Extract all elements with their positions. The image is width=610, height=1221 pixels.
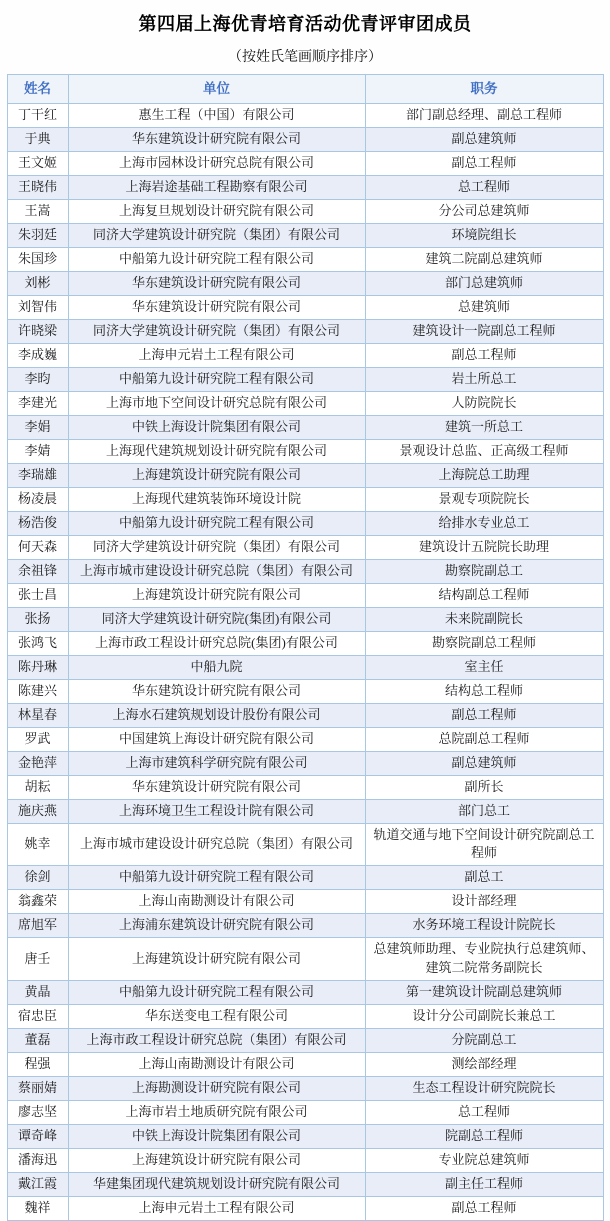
member-organization-cell: 同济大学建筑设计研究院（集团）有限公司 [68, 319, 365, 343]
table-row: 陈建兴华东建筑设计研究院有限公司结构总工程师 [7, 679, 603, 703]
member-name-cell: 于典 [7, 127, 68, 151]
member-organization-cell: 中船第九设计研究院工程有限公司 [68, 980, 365, 1004]
table-row: 廖志坚上海市岩土地质研究院有限公司总工程师 [7, 1100, 603, 1124]
member-position-cell: 结构总工程师 [365, 679, 603, 703]
member-position-cell: 上海院总工助理 [365, 463, 603, 487]
member-position-cell: 勘察院副总工 [365, 559, 603, 583]
member-position-cell: 总建筑师 [365, 295, 603, 319]
member-position-cell: 岩土所总工 [365, 367, 603, 391]
table-row: 潘海迅上海建筑设计研究院有限公司专业院总建筑师 [7, 1148, 603, 1172]
member-position-cell: 副总工程师 [365, 151, 603, 175]
member-position-cell: 第一建筑设计院副总建筑师 [365, 980, 603, 1004]
member-name-cell: 施庆燕 [7, 799, 68, 823]
member-name-cell: 朱国珍 [7, 247, 68, 271]
member-name-cell: 席旭军 [7, 914, 68, 938]
column-header-organization: 单位 [68, 75, 365, 104]
member-name-cell: 金艳萍 [7, 751, 68, 775]
member-name-cell: 李昀 [7, 367, 68, 391]
member-organization-cell: 上海水石建筑规划设计股份有限公司 [68, 703, 365, 727]
member-name-cell: 刘智伟 [7, 295, 68, 319]
table-row: 李成巍上海申元岩土工程有限公司副总工程师 [7, 343, 603, 367]
member-organization-cell: 上海建筑设计研究院有限公司 [68, 463, 365, 487]
table-row: 谭奇峰中铁上海设计院集团有限公司院副总工程师 [7, 1124, 603, 1148]
table-row: 李昀中船第九设计研究院工程有限公司岩土所总工 [7, 367, 603, 391]
table-row: 施庆燕上海环境卫生工程设计院有限公司部门总工 [7, 799, 603, 823]
member-position-cell: 室主任 [365, 655, 603, 679]
member-organization-cell: 华东送变电工程有限公司 [68, 1004, 365, 1028]
table-row: 王嵩上海复旦规划设计研究院有限公司分公司总建筑师 [7, 199, 603, 223]
member-position-cell: 专业院总建筑师 [365, 1148, 603, 1172]
member-name-cell: 谭奇峰 [7, 1124, 68, 1148]
sort-order-note: （按姓氏笔画顺序排序） [0, 46, 610, 66]
table-row: 许晓梁同济大学建筑设计研究院（集团）有限公司建筑设计一院副总工程师 [7, 319, 603, 343]
member-position-cell: 测绘部经理 [365, 1052, 603, 1076]
table-row: 唐壬上海建筑设计研究院有限公司总建筑师助理、专业院执行总建筑师、建筑二院常务副院… [7, 938, 603, 981]
member-name-cell: 王晓伟 [7, 175, 68, 199]
table-row: 丁干红惠生工程（中国）有限公司部门副总经理、副总工程师 [7, 103, 603, 127]
member-position-cell: 人防院院长 [365, 391, 603, 415]
member-organization-cell: 上海建筑设计研究院有限公司 [68, 1148, 365, 1172]
table-row: 杨浩俊中船第九设计研究院工程有限公司给排水专业总工 [7, 511, 603, 535]
member-name-cell: 李成巍 [7, 343, 68, 367]
member-name-cell: 胡耘 [7, 775, 68, 799]
member-name-cell: 蔡丽婧 [7, 1076, 68, 1100]
member-name-cell: 陈丹琳 [7, 655, 68, 679]
member-organization-cell: 上海现代建筑规划设计研究院有限公司 [68, 439, 365, 463]
member-organization-cell: 上海市城市建设设计研究总院（集团）有限公司 [68, 823, 365, 866]
member-position-cell: 建筑一所总工 [365, 415, 603, 439]
table-row: 李瑞雄上海建筑设计研究院有限公司上海院总工助理 [7, 463, 603, 487]
table-row: 何天森同济大学建筑设计研究院（集团）有限公司建筑设计五院院长助理 [7, 535, 603, 559]
table-row: 李婧上海现代建筑规划设计研究院有限公司景观设计总监、正高级工程师 [7, 439, 603, 463]
member-organization-cell: 上海申元岩土工程有限公司 [68, 1196, 365, 1220]
member-name-cell: 宿忠臣 [7, 1004, 68, 1028]
member-organization-cell: 上海建筑设计研究院有限公司 [68, 583, 365, 607]
member-position-cell: 副总建筑师 [365, 127, 603, 151]
member-organization-cell: 上海市地下空间设计研究总院有限公司 [68, 391, 365, 415]
member-name-cell: 李瑞雄 [7, 463, 68, 487]
table-row: 魏祥上海申元岩土工程有限公司副总工程师 [7, 1196, 603, 1220]
table-row: 宿忠臣华东送变电工程有限公司设计分公司副院长兼总工 [7, 1004, 603, 1028]
member-name-cell: 程强 [7, 1052, 68, 1076]
member-name-cell: 黄晶 [7, 980, 68, 1004]
member-name-cell: 张扬 [7, 607, 68, 631]
member-position-cell: 建筑设计一院副总工程师 [365, 319, 603, 343]
member-organization-cell: 同济大学建筑设计研究院（集团）有限公司 [68, 223, 365, 247]
table-row: 黄晶中船第九设计研究院工程有限公司第一建筑设计院副总建筑师 [7, 980, 603, 1004]
header-row: 姓名 单位 职务 [7, 75, 603, 104]
member-organization-cell: 上海建筑设计研究院有限公司 [68, 938, 365, 981]
member-organization-cell: 华建集团现代建筑规划设计研究院有限公司 [68, 1172, 365, 1196]
member-organization-cell: 中船第九设计研究院工程有限公司 [68, 367, 365, 391]
table-row: 张鸿飞上海市政工程设计研究总院(集团)有限公司勘察院副总工程师 [7, 631, 603, 655]
member-position-cell: 副总工 [365, 866, 603, 890]
table-row: 席旭军上海浦东建筑设计研究院有限公司水务环境工程设计院院长 [7, 914, 603, 938]
member-position-cell: 副主任工程师 [365, 1172, 603, 1196]
table-row: 朱国珍中船第九设计研究院工程有限公司建筑二院副总建筑师 [7, 247, 603, 271]
member-organization-cell: 中船第九设计研究院工程有限公司 [68, 866, 365, 890]
member-organization-cell: 中铁上海设计院集团有限公司 [68, 415, 365, 439]
table-row: 陈丹琳中船九院室主任 [7, 655, 603, 679]
table-row: 张士昌上海建筑设计研究院有限公司结构副总工程师 [7, 583, 603, 607]
table-row: 戴江霞华建集团现代建筑规划设计研究院有限公司副主任工程师 [7, 1172, 603, 1196]
table-row: 王晓伟上海岩途基础工程勘察有限公司总工程师 [7, 175, 603, 199]
table-row: 胡耘华东建筑设计研究院有限公司副所长 [7, 775, 603, 799]
member-organization-cell: 上海勘测设计研究院有限公司 [68, 1076, 365, 1100]
member-position-cell: 景观专项院院长 [365, 487, 603, 511]
table-body: 丁干红惠生工程（中国）有限公司部门副总经理、副总工程师于典华东建筑设计研究院有限… [7, 103, 603, 1220]
table-row: 王文姬上海市园林设计研究总院有限公司副总工程师 [7, 151, 603, 175]
member-organization-cell: 上海市政工程设计研究总院(集团)有限公司 [68, 631, 365, 655]
member-name-cell: 余祖锋 [7, 559, 68, 583]
member-position-cell: 设计部经理 [365, 890, 603, 914]
member-position-cell: 部门总建筑师 [365, 271, 603, 295]
table-row: 李建光上海市地下空间设计研究总院有限公司人防院院长 [7, 391, 603, 415]
member-name-cell: 魏祥 [7, 1196, 68, 1220]
member-position-cell: 景观设计总监、正高级工程师 [365, 439, 603, 463]
member-position-cell: 环境院组长 [365, 223, 603, 247]
table-row: 李娟中铁上海设计院集团有限公司建筑一所总工 [7, 415, 603, 439]
table-row: 徐剑中船第九设计研究院工程有限公司副总工 [7, 866, 603, 890]
member-organization-cell: 华东建筑设计研究院有限公司 [68, 271, 365, 295]
member-name-cell: 王嵩 [7, 199, 68, 223]
member-organization-cell: 同济大学建筑设计研究院（集团）有限公司 [68, 535, 365, 559]
member-position-cell: 总建筑师助理、专业院执行总建筑师、建筑二院常务副院长 [365, 938, 603, 981]
member-name-cell: 刘彬 [7, 271, 68, 295]
member-position-cell: 副所长 [365, 775, 603, 799]
table-row: 程强上海山南勘测设计有限公司测绘部经理 [7, 1052, 603, 1076]
member-name-cell: 罗武 [7, 727, 68, 751]
member-organization-cell: 上海市政工程设计研究总院（集团）有限公司 [68, 1028, 365, 1052]
member-organization-cell: 中船第九设计研究院工程有限公司 [68, 247, 365, 271]
member-position-cell: 副总工程师 [365, 1196, 603, 1220]
table-row: 于典华东建筑设计研究院有限公司副总建筑师 [7, 127, 603, 151]
table-row: 刘彬华东建筑设计研究院有限公司部门总建筑师 [7, 271, 603, 295]
member-name-cell: 张士昌 [7, 583, 68, 607]
members-table: 姓名 单位 职务 丁干红惠生工程（中国）有限公司部门副总经理、副总工程师于典华东… [7, 74, 604, 1221]
member-name-cell: 董磊 [7, 1028, 68, 1052]
table-row: 姚幸上海市城市建设设计研究总院（集团）有限公司轨道交通与地下空间设计研究院副总工… [7, 823, 603, 866]
member-name-cell: 翁鑫荣 [7, 890, 68, 914]
member-name-cell: 杨凌晨 [7, 487, 68, 511]
member-organization-cell: 上海市建筑科学研究院有限公司 [68, 751, 365, 775]
page-title: 第四届上海优青培育活动优青评审团成员 [0, 10, 610, 36]
member-position-cell: 总工程师 [365, 1100, 603, 1124]
member-name-cell: 戴江霞 [7, 1172, 68, 1196]
member-position-cell: 轨道交通与地下空间设计研究院副总工程师 [365, 823, 603, 866]
member-position-cell: 给排水专业总工 [365, 511, 603, 535]
table-row: 蔡丽婧上海勘测设计研究院有限公司生态工程设计研究院院长 [7, 1076, 603, 1100]
member-organization-cell: 上海环境卫生工程设计院有限公司 [68, 799, 365, 823]
member-organization-cell: 上海市园林设计研究总院有限公司 [68, 151, 365, 175]
member-organization-cell: 上海浦东建筑设计研究院有限公司 [68, 914, 365, 938]
column-header-position: 职务 [365, 75, 603, 104]
member-name-cell: 许晓梁 [7, 319, 68, 343]
table-row: 杨凌晨上海现代建筑装饰环境设计院景观专项院院长 [7, 487, 603, 511]
member-organization-cell: 华东建筑设计研究院有限公司 [68, 775, 365, 799]
member-name-cell: 张鸿飞 [7, 631, 68, 655]
member-organization-cell: 华东建筑设计研究院有限公司 [68, 679, 365, 703]
table-row: 刘智伟华东建筑设计研究院有限公司总建筑师 [7, 295, 603, 319]
member-name-cell: 徐剑 [7, 866, 68, 890]
member-organization-cell: 上海申元岩土工程有限公司 [68, 343, 365, 367]
member-organization-cell: 中国建筑上海设计研究院有限公司 [68, 727, 365, 751]
table-row: 余祖锋上海市城市建设设计研究总院（集团）有限公司勘察院副总工 [7, 559, 603, 583]
member-organization-cell: 上海复旦规划设计研究院有限公司 [68, 199, 365, 223]
member-organization-cell: 上海市岩土地质研究院有限公司 [68, 1100, 365, 1124]
member-position-cell: 水务环境工程设计院院长 [365, 914, 603, 938]
member-organization-cell: 上海市城市建设设计研究总院（集团）有限公司 [68, 559, 365, 583]
member-position-cell: 副总工程师 [365, 343, 603, 367]
member-organization-cell: 上海山南勘测设计有限公司 [68, 1052, 365, 1076]
member-name-cell: 陈建兴 [7, 679, 68, 703]
column-header-name: 姓名 [7, 75, 68, 104]
member-position-cell: 生态工程设计研究院院长 [365, 1076, 603, 1100]
member-organization-cell: 上海现代建筑装饰环境设计院 [68, 487, 365, 511]
member-organization-cell: 上海岩途基础工程勘察有限公司 [68, 175, 365, 199]
member-name-cell: 王文姬 [7, 151, 68, 175]
member-name-cell: 杨浩俊 [7, 511, 68, 535]
member-position-cell: 总工程师 [365, 175, 603, 199]
member-organization-cell: 惠生工程（中国）有限公司 [68, 103, 365, 127]
member-name-cell: 姚幸 [7, 823, 68, 866]
member-position-cell: 总院副总工程师 [365, 727, 603, 751]
member-position-cell: 建筑设计五院院长助理 [365, 535, 603, 559]
document-page: 第四届上海优青培育活动优青评审团成员 （按姓氏笔画顺序排序） 姓名 单位 职务 … [0, 0, 610, 1221]
member-position-cell: 未来院副院长 [365, 607, 603, 631]
member-position-cell: 结构副总工程师 [365, 583, 603, 607]
member-organization-cell: 同济大学建筑设计研究院(集团)有限公司 [68, 607, 365, 631]
member-organization-cell: 上海山南勘测设计有限公司 [68, 890, 365, 914]
member-organization-cell: 中船第九设计研究院工程有限公司 [68, 511, 365, 535]
member-name-cell: 朱羽廷 [7, 223, 68, 247]
table-row: 金艳萍上海市建筑科学研究院有限公司副总建筑师 [7, 751, 603, 775]
member-name-cell: 何天森 [7, 535, 68, 559]
member-position-cell: 分公司总建筑师 [365, 199, 603, 223]
member-position-cell: 部门副总经理、副总工程师 [365, 103, 603, 127]
table-row: 翁鑫荣上海山南勘测设计有限公司设计部经理 [7, 890, 603, 914]
table-row: 罗武中国建筑上海设计研究院有限公司总院副总工程师 [7, 727, 603, 751]
member-organization-cell: 中船九院 [68, 655, 365, 679]
member-organization-cell: 华东建筑设计研究院有限公司 [68, 127, 365, 151]
member-position-cell: 院副总工程师 [365, 1124, 603, 1148]
member-organization-cell: 华东建筑设计研究院有限公司 [68, 295, 365, 319]
table-row: 朱羽廷同济大学建筑设计研究院（集团）有限公司环境院组长 [7, 223, 603, 247]
member-name-cell: 李娟 [7, 415, 68, 439]
member-position-cell: 部门总工 [365, 799, 603, 823]
member-name-cell: 李建光 [7, 391, 68, 415]
table-row: 张扬同济大学建筑设计研究院(集团)有限公司未来院副院长 [7, 607, 603, 631]
member-position-cell: 分院副总工 [365, 1028, 603, 1052]
member-name-cell: 丁干红 [7, 103, 68, 127]
table-row: 董磊上海市政工程设计研究总院（集团）有限公司分院副总工 [7, 1028, 603, 1052]
member-name-cell: 李婧 [7, 439, 68, 463]
member-name-cell: 廖志坚 [7, 1100, 68, 1124]
member-position-cell: 设计分公司副院长兼总工 [365, 1004, 603, 1028]
member-name-cell: 唐壬 [7, 938, 68, 981]
table-row: 林星春上海水石建筑规划设计股份有限公司副总工程师 [7, 703, 603, 727]
member-organization-cell: 中铁上海设计院集团有限公司 [68, 1124, 365, 1148]
table-header: 姓名 单位 职务 [7, 75, 603, 104]
member-position-cell: 副总工程师 [365, 703, 603, 727]
member-name-cell: 林星春 [7, 703, 68, 727]
member-position-cell: 副总建筑师 [365, 751, 603, 775]
member-name-cell: 潘海迅 [7, 1148, 68, 1172]
member-position-cell: 勘察院副总工程师 [365, 631, 603, 655]
member-position-cell: 建筑二院副总建筑师 [365, 247, 603, 271]
